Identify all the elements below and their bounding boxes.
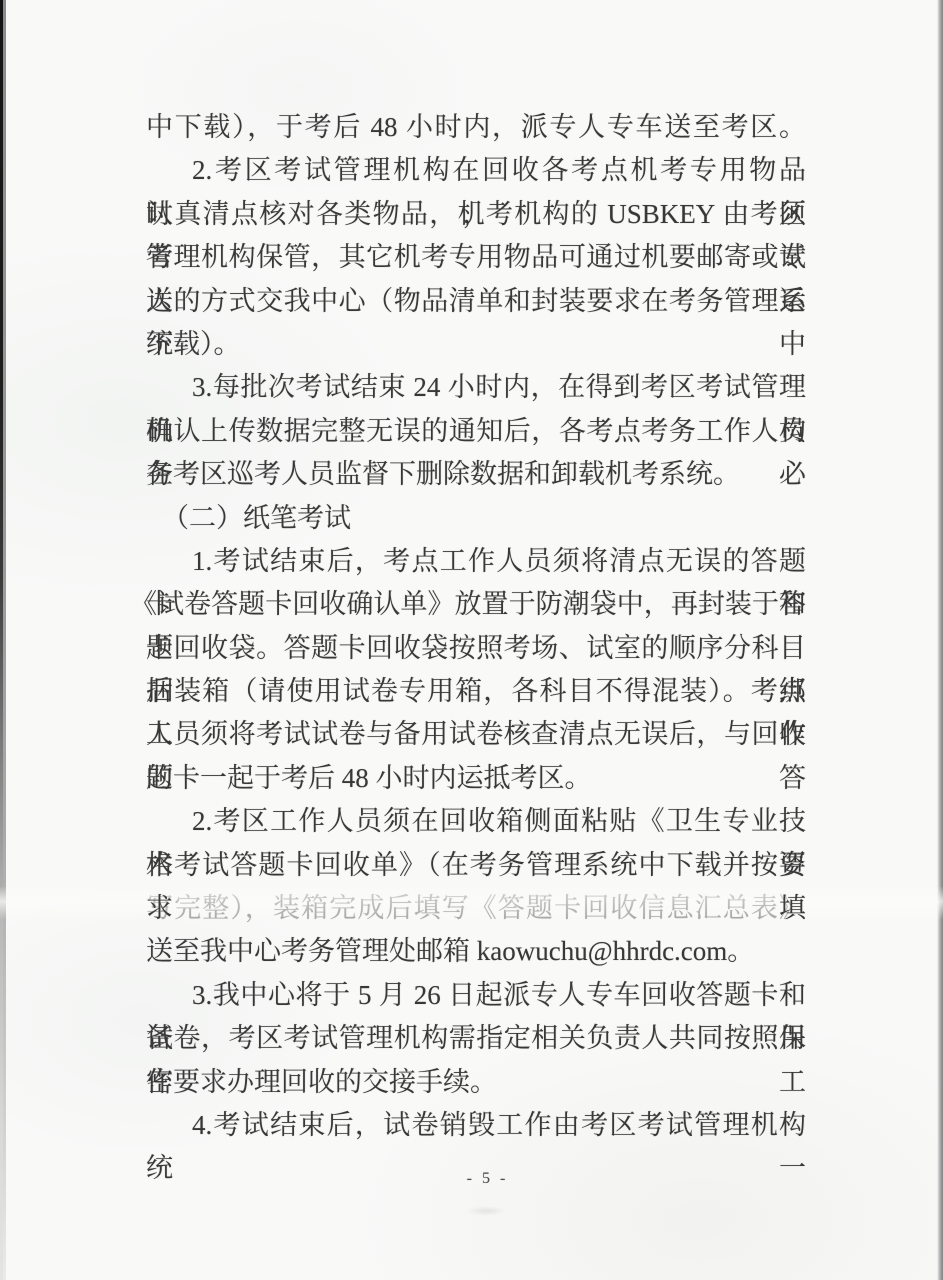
text-line: 管理机构保管，其它机考专用物品可通过机要邮寄或专人运 bbox=[146, 236, 806, 279]
text-line: 送的方式交我中心（物品清单和封装要求在考务管理系统中 bbox=[146, 280, 806, 323]
text-line: 认真清点核对各类物品，机考机构的 USBKEY 由考区考试 bbox=[146, 193, 806, 236]
text-line: 写完整），装箱完成后填写《答题卡回收信息汇总表》并发 bbox=[146, 887, 806, 930]
text-line: 卡回收袋。答题卡回收袋按照考场、试室的顺序分科目捆绑 bbox=[146, 627, 806, 670]
text-line: 格考试答题卡回收单》（在考务管理系统中下载并按要求填 bbox=[146, 844, 806, 887]
text-line: 中下载），于考后 48 小时内，派专人专车送至考区。 bbox=[146, 106, 806, 149]
text-line: 在考区巡考人员监督下删除数据和卸载机考系统。 bbox=[146, 453, 806, 496]
text-line: 3.我中心将于 5 月 26 日起派专人专车回收答题卡和备用 bbox=[146, 974, 806, 1017]
text-line: 3.每批次考试结束 24 小时内，在得到考区考试管理机构 bbox=[146, 366, 806, 409]
text-line: 送至我中心考务管理处邮箱 kaowuchu@hhrdc.com。 bbox=[146, 930, 806, 973]
scan-smudge bbox=[466, 1206, 506, 1216]
scan-edge-left-dark bbox=[0, 0, 3, 1280]
text-line: 人员须将考试试卷与备用试卷核查清点无误后，与回收的答 bbox=[146, 713, 806, 756]
text-line: 1.考试结束后，考点工作人员须将清点无误的答题卡和 bbox=[146, 540, 806, 583]
text-line: 2.考区考试管理机构在回收各考点机考专用物品时，须 bbox=[146, 149, 806, 192]
text-line: （二）纸笔考试 bbox=[146, 497, 806, 540]
scan-edge-right-line bbox=[937, 0, 943, 1280]
page-footer: - 5 - bbox=[0, 1170, 943, 1196]
text-line: 4.考试结束后，试卷销毁工作由考区考试管理机构统一 bbox=[146, 1104, 806, 1147]
page-number: - 5 - bbox=[467, 1170, 509, 1187]
text-line: 2.考区工作人员须在回收箱侧面粘贴《卫生专业技术资 bbox=[146, 800, 806, 843]
text-line: 后装箱（请使用试卷专用箱，各科目不得混装）。考点工作 bbox=[146, 670, 806, 713]
scan-edge-left-line bbox=[3, 0, 6, 1280]
document-body: 中下载），于考后 48 小时内，派专人专车送至考区。2.考区考试管理机构在回收各… bbox=[146, 106, 806, 1147]
text-line: 确认上传数据完整无误的通知后，各考点考务工作人员务必 bbox=[146, 410, 806, 453]
scanned-page: 中下载），于考后 48 小时内，派专人专车送至考区。2.考区考试管理机构在回收各… bbox=[0, 0, 943, 1280]
text-line: 《试卷答题卡回收确认单》放置于防潮袋中，再封装于答题 bbox=[146, 583, 806, 626]
text-line: 试卷，考区考试管理机构需指定相关负责人共同按照保密工 bbox=[146, 1017, 806, 1060]
